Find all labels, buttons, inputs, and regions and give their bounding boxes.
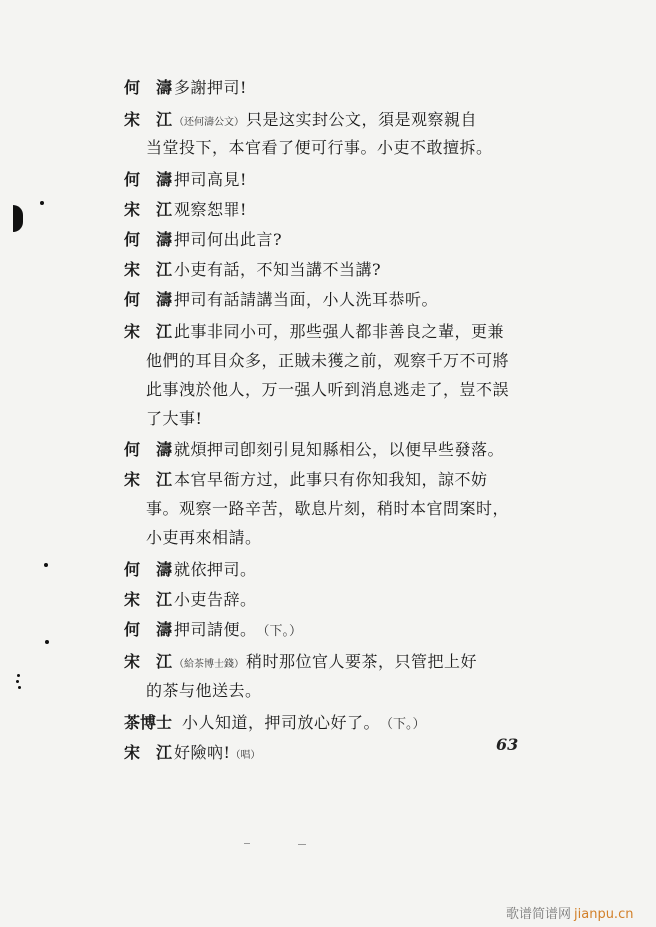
dialogue-continuation: 小吏再來相請。: [124, 528, 564, 548]
dialogue-text: 押司何出此言?: [174, 230, 282, 250]
scan-smudge: [244, 843, 250, 844]
watermark: 歌谱简谱网jianpu.cn: [506, 903, 633, 922]
dialogue-continuation: 了大事!: [124, 409, 564, 429]
watermark-site: jianpu.cn: [574, 907, 633, 922]
dialogue-line: 何 濤 就依押司。: [124, 560, 564, 580]
dialogue-line: 何 濤 押司有話請講当面，小人洗耳恭听。: [124, 290, 564, 310]
speaker: 宋 江: [124, 200, 174, 220]
speck: [18, 686, 21, 689]
speaker: 宋 江: [124, 652, 174, 672]
speaker: 何 濤: [124, 230, 174, 250]
stage-direction: （唱）: [230, 746, 260, 766]
speaker: 何 濤: [124, 440, 174, 460]
speck: [44, 563, 48, 567]
speaker: 宋 江: [124, 110, 174, 130]
dialogue-line: 宋 江 此事非同小可，那些强人都非善良之輩，更兼: [124, 322, 564, 342]
dialogue-line: 宋 江 观察恕罪!: [124, 200, 564, 220]
dialogue-text: 小人知道，押司放心好了。: [182, 713, 380, 733]
speck: [40, 201, 44, 205]
dialogue-text: 事。观察一路辛苦，歇息片刻，稍时本官問案时，: [124, 499, 509, 519]
speaker: 宋 江: [124, 260, 174, 280]
dialogue-text: 好險吶!: [174, 743, 230, 763]
dialogue-line: 何 濤 就煩押司卽刻引見知縣相公，以便早些發落。: [124, 440, 564, 460]
dialogue-line: 何 濤 押司何出此言?: [124, 230, 564, 250]
speck: [16, 680, 19, 683]
dialogue-continuation: 他們的耳目众多，正賊未獲之前，观察千万不可將: [124, 351, 564, 371]
dialogue-text: 押司高見!: [174, 170, 247, 190]
speaker: 宋 江: [124, 322, 174, 342]
dialogue-text: 了大事!: [124, 409, 202, 429]
stage-direction: （給茶博士錢）: [174, 655, 244, 675]
page-number: 63: [496, 735, 518, 754]
speaker: 何 濤: [124, 290, 174, 310]
dialogue-text: 小吏有話，不知当講不当講?: [174, 260, 381, 280]
dialogue-text: 此事洩於他人，万一强人听到消息逃走了，豈不誤: [124, 380, 509, 400]
dialogue-continuation: 事。观察一路辛苦，歇息片刻，稍时本官問案时，: [124, 499, 564, 519]
dialogue-continuation: 的茶与他送去。: [124, 681, 564, 701]
dialogue-text: 小吏告辞。: [174, 590, 257, 610]
dialogue-line: 何 濤 押司高見!: [124, 170, 564, 190]
dialogue-text: 此事非同小可，那些强人都非善良之輩，更兼: [174, 322, 504, 342]
dialogue-text: 的茶与他送去。: [124, 681, 262, 701]
speaker: 何 濤: [124, 620, 174, 640]
dialogue-line: 宋 江 （还何濤公文） 只是这实封公文，須是观察親自: [124, 110, 564, 130]
speck: [45, 640, 49, 644]
dialogue-text: 当堂投下，本官看了便可行事。小吏不敢擅拆。: [124, 138, 493, 158]
speaker: 何 濤: [124, 78, 174, 98]
scan-smudge: [298, 844, 306, 845]
speaker: 宋 江: [124, 470, 174, 490]
dialogue-line: 何 濤 多謝押司!: [124, 78, 564, 98]
dialogue-continuation: 此事洩於他人，万一强人听到消息逃走了，豈不誤: [124, 380, 564, 400]
stage-direction: （下。）: [380, 715, 426, 735]
speck: [17, 674, 20, 677]
dialogue-text: 押司請便。: [174, 620, 257, 640]
dialogue-text: 他們的耳目众多，正賊未獲之前，观察千万不可將: [124, 351, 509, 371]
scanned-page: 何 濤 多謝押司! 宋 江 （还何濤公文） 只是这实封公文，須是观察親自 当堂投…: [0, 0, 656, 927]
dialogue-text: 小吏再來相請。: [124, 528, 262, 548]
dialogue-text: 押司有話請講当面，小人洗耳恭听。: [174, 290, 438, 310]
dialogue-line: 宋 江 小吏有話，不知当講不当講?: [124, 260, 564, 280]
speaker: 宋 江: [124, 590, 174, 610]
speaker: 何 濤: [124, 560, 174, 580]
dialogue-text: 稍时那位官人要茶，只管把上好: [246, 652, 477, 672]
dialogue-text: 就煩押司卽刻引見知縣相公，以便早些發落。: [174, 440, 504, 460]
dialogue-continuation: 当堂投下，本官看了便可行事。小吏不敢擅拆。: [124, 138, 564, 158]
stage-direction: （还何濤公文）: [174, 113, 244, 133]
dialogue-text: 就依押司。: [174, 560, 257, 580]
speaker: 何 濤: [124, 170, 174, 190]
dialogue-line: 宋 江 小吏告辞。: [124, 590, 564, 610]
dialogue-text: 观察恕罪!: [174, 200, 247, 220]
watermark-chinese: 歌谱简谱网: [506, 907, 571, 922]
speaker: 宋 江: [124, 743, 174, 763]
dialogue-line: 茶博士 小人知道，押司放心好了。 （下。）: [124, 713, 564, 733]
dialogue-text: 只是这实封公文，須是观察親自: [246, 110, 477, 130]
dialogue-line: 宋 江 （給茶博士錢） 稍时那位官人要茶，只管把上好: [124, 652, 564, 672]
binding-hole-mark: [13, 205, 23, 232]
speaker: 茶博士: [124, 713, 182, 733]
script-body: 何 濤 多謝押司! 宋 江 （还何濤公文） 只是这实封公文，須是观察親自 当堂投…: [124, 78, 564, 763]
dialogue-line: 何 濤 押司請便。 （下。）: [124, 620, 564, 640]
dialogue-line: 宋 江 本官早衙方过，此事只有你知我知，諒不妨: [124, 470, 564, 490]
dialogue-text: 多謝押司!: [174, 78, 247, 98]
stage-direction: （下。）: [257, 622, 303, 642]
dialogue-text: 本官早衙方过，此事只有你知我知，諒不妨: [174, 470, 488, 490]
